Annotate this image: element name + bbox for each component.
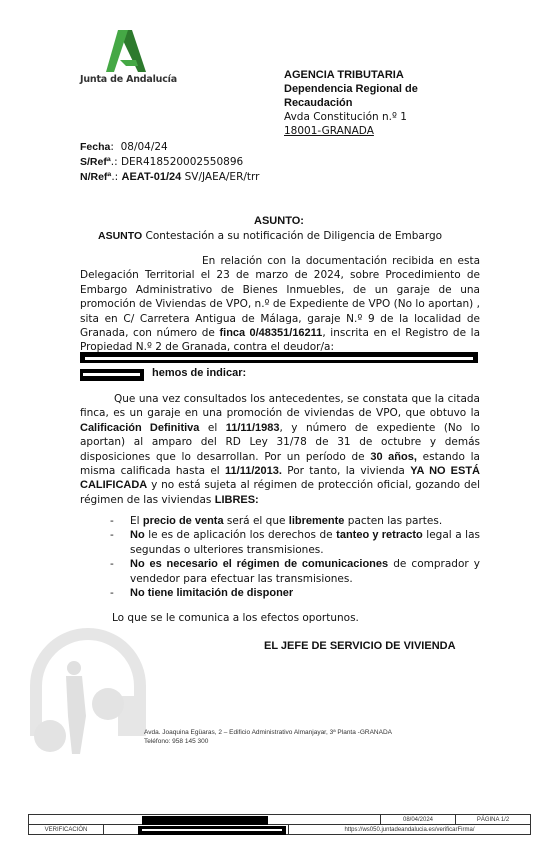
p2-bold: Calificación Definitiva xyxy=(80,422,199,434)
nref-label: N/Refª xyxy=(80,171,111,183)
agency-dependency: Dependencia Regional de xyxy=(284,82,418,96)
dash: - xyxy=(110,586,114,600)
dash: - xyxy=(110,514,114,528)
footer-address: Avda. Joaquina Egüaras, 2 – Edificio Adm… xyxy=(144,728,392,746)
p2-bold: LIBRES: xyxy=(215,494,259,506)
redaction-signer xyxy=(142,816,268,825)
li-bold: No es necesario el régimen de comunicaci… xyxy=(130,558,388,570)
reference-block: Fecha: 08/04/24 S/Refª.: DER418520002550… xyxy=(80,140,259,185)
p2-bold: 11/11/1983 xyxy=(226,422,280,434)
redaction-debtor-name xyxy=(80,352,478,363)
li-bold: libremente xyxy=(289,515,345,527)
conditions-list: -El precio de venta será el que libremen… xyxy=(110,514,480,600)
paragraph-1: En relación con la documentación recibid… xyxy=(80,254,480,355)
redaction-verification-code xyxy=(138,826,286,835)
li-text: El xyxy=(130,515,143,527)
p2-text: el xyxy=(199,422,225,434)
phone-line: Teléfono: 958 145 300 xyxy=(144,737,392,746)
p2-bold: 30 años, xyxy=(370,451,416,463)
redaction-debtor-name-cont xyxy=(80,369,144,381)
verification-label: VERIFICACIÓN xyxy=(29,825,104,835)
list-item: -El precio de venta será el que libremen… xyxy=(110,514,480,528)
subject-title: ASUNTO: xyxy=(0,215,558,227)
agency-name: AGENCIA TRIBUTARIA xyxy=(284,68,418,82)
recipient-address: AGENCIA TRIBUTARIA Dependencia Regional … xyxy=(284,68,418,138)
sref-value: DER418520002550896 xyxy=(121,156,243,168)
p2-text: Que una vez consultados los antecedentes… xyxy=(80,393,480,419)
date-value: 08/04/24 xyxy=(121,141,168,153)
signer-title: EL JEFE DE SERVICIO DE VIVIENDA xyxy=(264,640,456,652)
sref-label: S/Refª xyxy=(80,156,111,168)
date-label: Fecha xyxy=(80,141,110,153)
li-bold: precio de venta xyxy=(143,515,224,527)
address-line: Avda. Joaquina Egüaras, 2 – Edificio Adm… xyxy=(144,728,392,737)
li-bold: No xyxy=(130,529,145,541)
li-text: pacten las partes. xyxy=(344,515,442,527)
agency-city: 18001-GRANADA xyxy=(284,124,418,138)
p2-text: Por tanto, la vivienda xyxy=(282,465,410,477)
li-text: será el que xyxy=(224,515,289,527)
agency-department: Recaudación xyxy=(284,96,418,110)
nref-code: AEAT-01/24 xyxy=(122,171,182,183)
p2-bold: 11/11/2013. xyxy=(225,465,282,477)
li-text: le es de aplicación los derechos de xyxy=(145,529,337,541)
dash: - xyxy=(110,557,114,571)
paragraph-2: Que una vez consultados los antecedentes… xyxy=(80,392,480,507)
verification-url[interactable]: https://ws050.juntadeandalucia.es/verifi… xyxy=(289,825,531,835)
footer-date: 08/04/2024 xyxy=(381,815,456,825)
subject-label: ASUNTO xyxy=(98,230,142,242)
agency-street: Avda Constitución n.º 1 xyxy=(284,110,418,124)
list-item: -No es necesario el régimen de comunicac… xyxy=(110,557,480,586)
logo-text: Junta de Andalucía xyxy=(80,74,177,85)
nref-rest: SV/JAEA/ER/trr xyxy=(185,171,260,183)
list-item: -No tiene limitación de disponer xyxy=(110,586,480,600)
dash: - xyxy=(110,528,114,542)
subject-line: ASUNTO Contestación a su notificación de… xyxy=(98,230,442,242)
hemos-de-indicar: hemos de indicar: xyxy=(152,367,246,379)
finca-number: finca 0/48351/16211 xyxy=(219,327,322,339)
li-bold: No tiene limitación de disponer xyxy=(130,587,293,599)
li-bold: tanteo y retracto xyxy=(336,529,423,541)
footer-page: PÁGINA 1/2 xyxy=(456,815,531,825)
list-item: -No le es de aplicación los derechos de … xyxy=(110,528,480,557)
subject-text: Contestación a su notificación de Dilige… xyxy=(146,230,443,242)
closing-text: Lo que se le comunica a los efectos opor… xyxy=(112,612,359,624)
andalucia-emblem-watermark-icon xyxy=(28,626,148,776)
